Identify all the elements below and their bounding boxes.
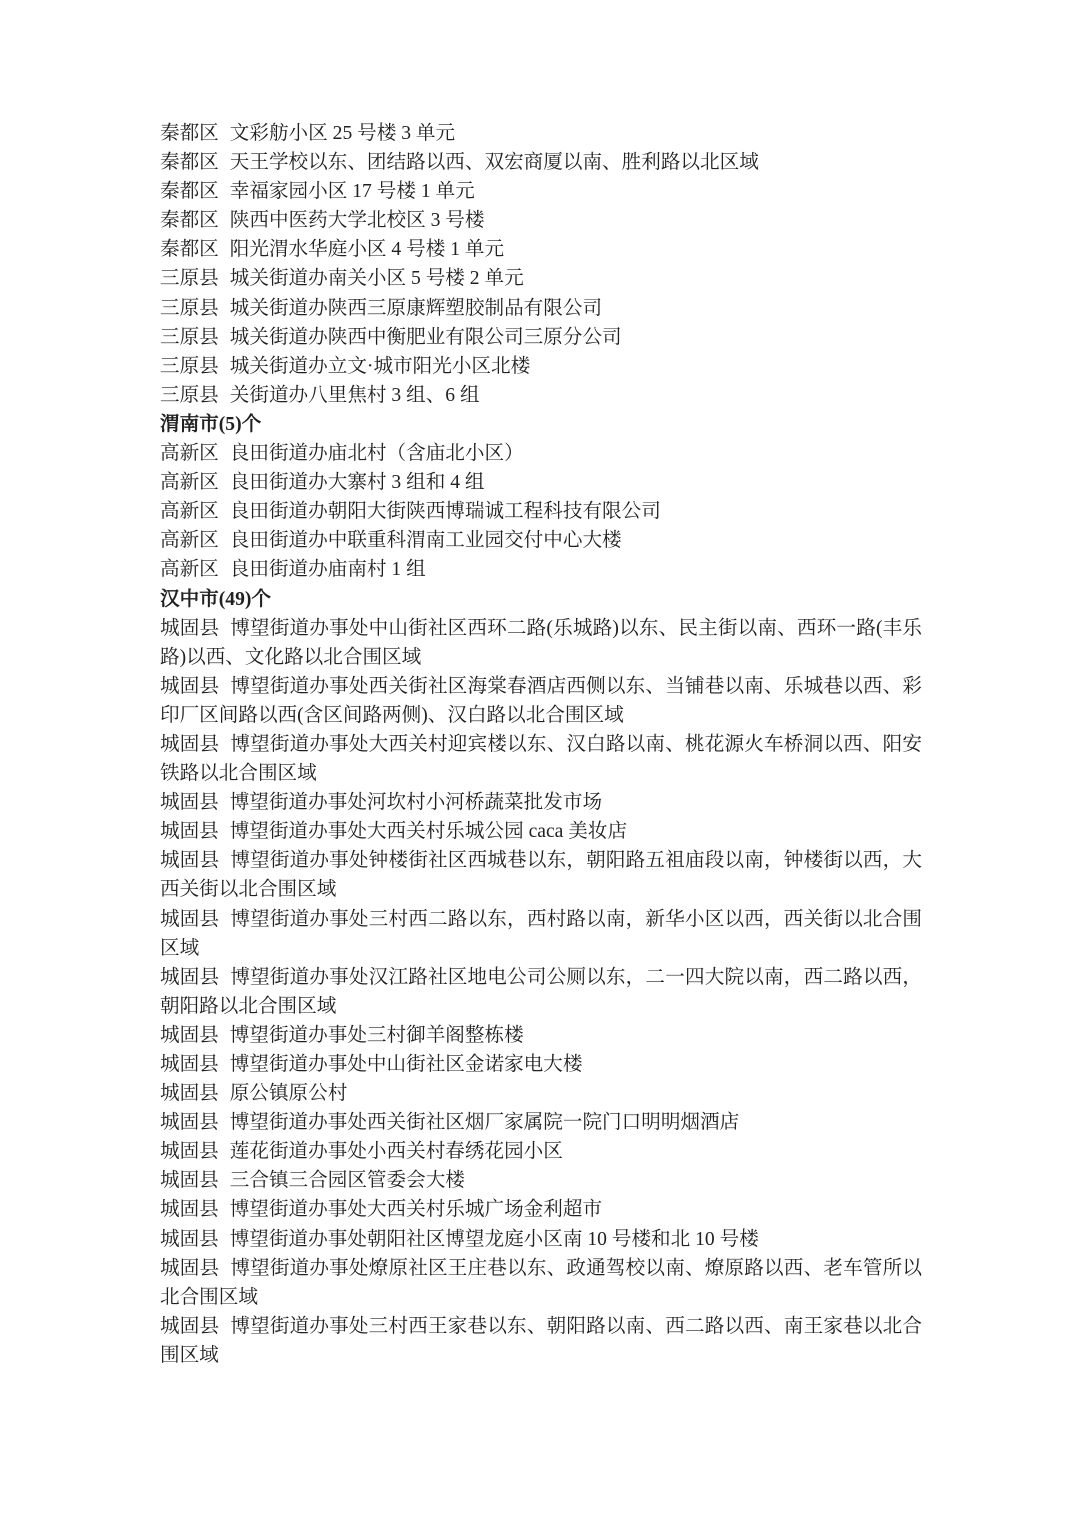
risk-area-entry: 三原县城关街道办陕西三原康辉塑胶制品有限公司 [160,294,922,323]
area-description: 博望街道办事处大西关村迎宾楼以东、汉白路以南、桃花源火车桥洞以西、阳安铁路以北合… [160,734,922,784]
district-label: 城固县 [160,1112,219,1133]
district-label: 城固县 [160,1141,219,1162]
risk-area-entry: 城固县莲花街道办事处小西关村春绣花园小区 [160,1137,922,1166]
risk-area-entry: 城固县博望街道办事处大西关村迎宾楼以东、汉白路以南、桃花源火车桥洞以西、阳安铁路… [160,730,922,788]
risk-area-entry: 城固县博望街道办事处中山街社区金诺家电大楼 [160,1050,922,1079]
risk-area-entry: 秦都区天王学校以东、团结路以西、双宏商厦以南、胜利路以北区域 [160,148,922,177]
risk-area-entry: 三原县关街道办八里焦村 3 组、6 组 [160,381,922,410]
risk-area-entry: 城固县博望街道办事处大西关村乐城广场金利超市 [160,1195,922,1224]
area-description: 良田街道办庙南村 1 组 [230,559,426,580]
area-description: 博望街道办事处汉江路社区地电公司公厕以东，二一四大院以南，西二路以西，朝阳路以北… [160,967,922,1017]
district-label: 城固县 [160,1229,219,1250]
district-label: 城固县 [160,1258,219,1279]
district-label: 城固县 [160,909,219,930]
document-page: 秦都区文彩舫小区 25 号楼 3 单元秦都区天王学校以东、团结路以西、双宏商厦以… [0,0,1080,1526]
area-description: 阳光渭水华庭小区 4 号楼 1 单元 [230,239,504,260]
risk-area-entry: 三原县城关街道办立文·城市阳光小区北楼 [160,352,922,381]
district-label: 三原县 [160,298,219,319]
area-description: 关街道办八里焦村 3 组、6 组 [230,385,480,406]
district-label: 城固县 [160,1083,219,1104]
district-label: 三原县 [160,385,219,406]
district-label: 高新区 [160,530,219,551]
area-description: 良田街道办大寨村 3 组和 4 组 [230,472,485,493]
district-label: 城固县 [160,1170,219,1191]
area-description: 天王学校以东、团结路以西、双宏商厦以南、胜利路以北区域 [230,152,759,173]
area-description: 莲花街道办事处小西关村春绣花园小区 [230,1141,563,1162]
area-description: 陕西中医药大学北校区 3 号楼 [230,210,485,231]
risk-area-entry: 城固县博望街道办事处三村御羊阁整栋楼 [160,1021,922,1050]
area-description: 良田街道办朝阳大街陕西博瑞诚工程科技有限公司 [230,501,661,522]
area-description: 博望街道办事处中山街社区金诺家电大楼 [230,1054,583,1075]
area-description: 博望街道办事处中山街社区西环二路(乐城路)以东、民主街以南、西环一路(丰乐路)以… [160,618,922,668]
area-description: 城关街道办立文·城市阳光小区北楼 [230,356,530,377]
area-description: 博望街道办事处钟楼街社区西城巷以东，朝阳路五祖庙段以南，钟楼街以西，大西关街以北… [160,850,922,900]
risk-area-entry: 城固县博望街道办事处西关街社区烟厂家属院一院门口明明烟酒店 [160,1108,922,1137]
area-description: 文彩舫小区 25 号楼 3 单元 [230,123,455,144]
area-description: 良田街道办庙北村（含庙北小区） [230,443,524,464]
risk-area-entry: 三原县城关街道办陕西中衡肥业有限公司三原分公司 [160,323,922,352]
risk-area-entry: 城固县博望街道办事处大西关村乐城公园 caca 美妆店 [160,817,922,846]
risk-area-entry: 城固县博望街道办事处河坎村小河桥蔬菜批发市场 [160,788,922,817]
risk-area-entry: 城固县博望街道办事处燎原社区王庄巷以东、政通驾校以南、燎原路以西、老车管所以北合… [160,1254,922,1312]
area-description: 三合镇三合园区管委会大楼 [230,1170,465,1191]
risk-area-entry: 城固县博望街道办事处三村西二路以东，西村路以南，新华小区以西，西关街以北合围区域 [160,905,922,963]
area-description: 博望街道办事处燎原社区王庄巷以东、政通驾校以南、燎原路以西、老车管所以北合围区域 [160,1258,922,1308]
district-label: 城固县 [160,850,219,871]
district-label: 高新区 [160,443,219,464]
district-label: 高新区 [160,501,219,522]
district-label: 城固县 [160,1054,219,1075]
city-section-header: 汉中市(49)个 [160,585,922,614]
risk-area-entry: 城固县博望街道办事处中山街社区西环二路(乐城路)以东、民主街以南、西环一路(丰乐… [160,614,922,672]
city-section-header: 渭南市(5)个 [160,410,922,439]
district-label: 秦都区 [160,239,219,260]
area-description: 城关街道办陕西三原康辉塑胶制品有限公司 [230,298,602,319]
risk-area-entry: 高新区良田街道办庙南村 1 组 [160,555,922,584]
district-label: 高新区 [160,559,219,580]
district-label: 城固县 [160,967,219,988]
area-description: 博望街道办事处三村西二路以东，西村路以南，新华小区以西，西关街以北合围区域 [160,909,922,959]
district-label: 秦都区 [160,123,219,144]
district-label: 秦都区 [160,152,219,173]
district-label: 城固县 [160,792,219,813]
risk-area-entry: 秦都区幸福家园小区 17 号楼 1 单元 [160,177,922,206]
area-description: 博望街道办事处朝阳社区博望龙庭小区南 10 号楼和北 10 号楼 [230,1229,759,1250]
district-label: 城固县 [160,821,219,842]
district-label: 秦都区 [160,210,219,231]
risk-area-entry: 城固县博望街道办事处汉江路社区地电公司公厕以东，二一四大院以南，西二路以西，朝阳… [160,963,922,1021]
risk-area-entry: 高新区良田街道办朝阳大街陕西博瑞诚工程科技有限公司 [160,497,922,526]
risk-area-entry: 城固县博望街道办事处钟楼街社区西城巷以东，朝阳路五祖庙段以南，钟楼街以西，大西关… [160,846,922,904]
district-label: 高新区 [160,472,219,493]
risk-area-entry: 城固县原公镇原公村 [160,1079,922,1108]
district-label: 城固县 [160,1025,219,1046]
risk-area-entry: 秦都区阳光渭水华庭小区 4 号楼 1 单元 [160,235,922,264]
area-description: 博望街道办事处三村西王家巷以东、朝阳路以南、西二路以西、南王家巷以北合围区域 [160,1316,922,1366]
area-description: 城关街道办陕西中衡肥业有限公司三原分公司 [230,327,622,348]
risk-area-entry: 高新区良田街道办庙北村（含庙北小区） [160,439,922,468]
risk-area-entry: 城固县博望街道办事处三村西王家巷以东、朝阳路以南、西二路以西、南王家巷以北合围区… [160,1312,922,1370]
district-label: 三原县 [160,268,219,289]
risk-area-entry: 城固县三合镇三合园区管委会大楼 [160,1166,922,1195]
risk-area-entry: 城固县博望街道办事处朝阳社区博望龙庭小区南 10 号楼和北 10 号楼 [160,1225,922,1254]
area-description: 博望街道办事处西关街社区烟厂家属院一院门口明明烟酒店 [230,1112,739,1133]
district-label: 秦都区 [160,181,219,202]
district-label: 三原县 [160,327,219,348]
area-description: 良田街道办中联重科渭南工业园交付中心大楼 [230,530,622,551]
district-label: 城固县 [160,676,219,697]
district-label: 城固县 [160,618,219,639]
area-description: 博望街道办事处三村御羊阁整栋楼 [230,1025,524,1046]
area-description: 博望街道办事处大西关村乐城广场金利超市 [230,1199,602,1220]
area-description: 幸福家园小区 17 号楼 1 单元 [230,181,475,202]
risk-area-entry: 高新区良田街道办中联重科渭南工业园交付中心大楼 [160,526,922,555]
risk-area-entry: 三原县城关街道办南关小区 5 号楼 2 单元 [160,264,922,293]
area-description: 博望街道办事处西关街社区海棠春酒店西侧以东、当铺巷以南、乐城巷以西、彩印厂区间路… [160,676,922,726]
district-label: 城固县 [160,1316,219,1337]
area-description: 博望街道办事处大西关村乐城公园 caca 美妆店 [230,821,627,842]
risk-area-entry: 高新区良田街道办大寨村 3 组和 4 组 [160,468,922,497]
area-description: 博望街道办事处河坎村小河桥蔬菜批发市场 [230,792,602,813]
risk-area-entry: 秦都区文彩舫小区 25 号楼 3 单元 [160,119,922,148]
area-description: 原公镇原公村 [230,1083,348,1104]
district-label: 城固县 [160,734,219,755]
area-description: 城关街道办南关小区 5 号楼 2 单元 [230,268,524,289]
risk-area-entry: 秦都区陕西中医药大学北校区 3 号楼 [160,206,922,235]
risk-area-entry: 城固县博望街道办事处西关街社区海棠春酒店西侧以东、当铺巷以南、乐城巷以西、彩印厂… [160,672,922,730]
district-label: 城固县 [160,1199,219,1220]
district-label: 三原县 [160,356,219,377]
